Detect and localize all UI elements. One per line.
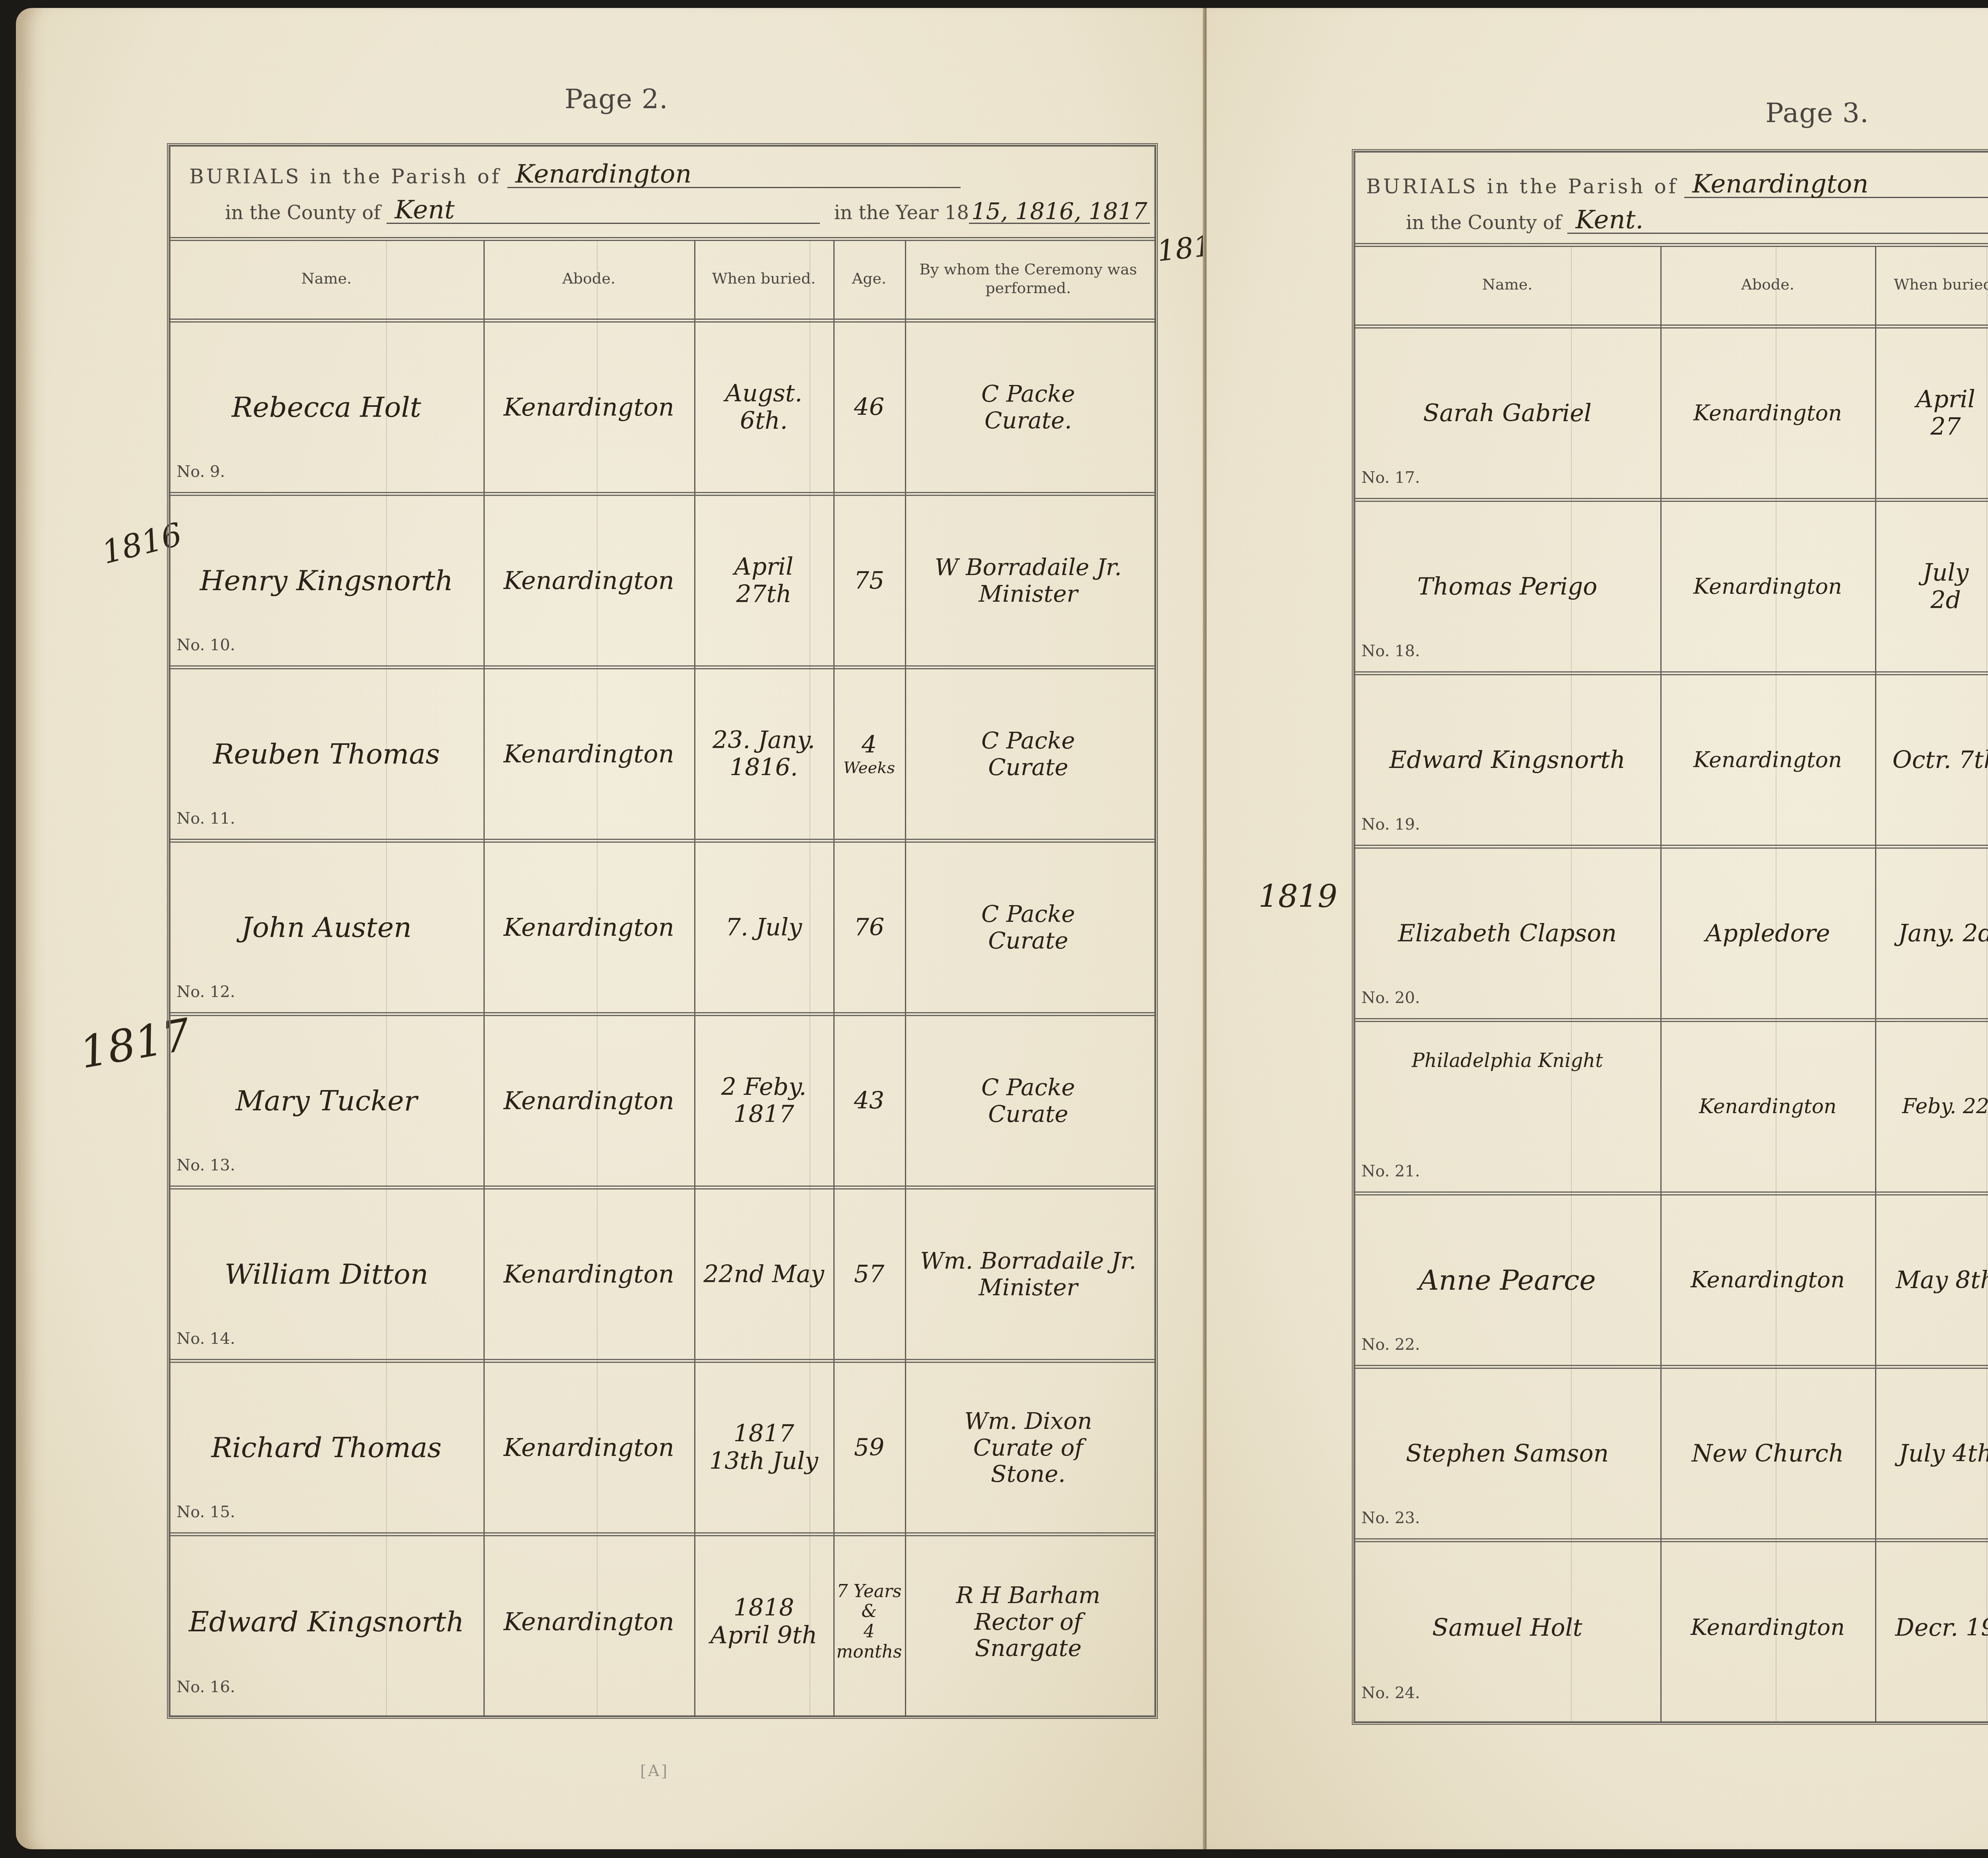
burial-register-table: BURIALS in the Parish of Kenardington in…: [1352, 149, 1988, 1725]
register-entry: Richard Thomas Kenardington 181713th Jul…: [169, 1363, 1155, 1536]
year-field: 15, 1816, 1817: [969, 200, 1150, 224]
page-number: Page 3.: [1765, 97, 1869, 129]
entry-number: No. 12.: [177, 983, 235, 1001]
entry-date: April 9th: [711, 1622, 817, 1649]
entry-date: July 4th: [1899, 1440, 1988, 1467]
margin-year-note: 1819: [1258, 879, 1338, 915]
entry-officiant: W Borradaile Jr.: [935, 554, 1122, 581]
entry-date: Feby. 22: [1902, 1095, 1988, 1119]
left-page: Page 2. 1816 1817 BURIALS in the Parish …: [16, 8, 1205, 1849]
entry-date: April: [734, 553, 794, 581]
entry-officiant-title: Curate: [988, 927, 1068, 954]
entry-abode: Kenardington: [1660, 1542, 1875, 1713]
county-field: Kent.: [1567, 207, 1988, 234]
entry-abode: New Church: [1660, 1369, 1875, 1538]
entry-age: 4 months: [833, 1622, 905, 1662]
entry-date: Augst.: [725, 380, 802, 407]
entry-abode: Kenardington: [483, 1016, 694, 1186]
entry-officiant-parish: Snargate: [975, 1635, 1082, 1662]
header-rule: [169, 319, 1155, 323]
signature-mark: [A]: [640, 1762, 669, 1780]
entry-number: No. 14.: [177, 1329, 235, 1348]
entry-age: 75: [854, 567, 884, 595]
register-header: BURIALS in the Parish of Kenardington in…: [1354, 152, 1988, 247]
entry-officiant-title: Curate: [988, 754, 1068, 781]
entry-date: July: [1923, 559, 1969, 587]
entry-number: No. 15.: [177, 1503, 235, 1521]
entry-abode: Kenardington: [1660, 675, 1875, 845]
register-entry: Edward Kingsnorth Kenardington Octr. 7th…: [1354, 675, 1988, 849]
register-entry: Rebecca Holt Kenardington Augst.6th. 46 …: [169, 323, 1155, 496]
entry-age: 76: [854, 914, 884, 941]
entry-number: No. 17.: [1361, 468, 1420, 487]
entries: Rebecca Holt Kenardington Augst.6th. 46 …: [169, 323, 1155, 1716]
entry-age: 46: [854, 394, 884, 421]
entry-number: No. 11.: [177, 809, 235, 828]
register-entry: Samuel Holt Kenardington Decr. 19 17mont…: [1354, 1542, 1988, 1713]
column-header-abode: Abode.: [483, 241, 694, 317]
entry-number: No. 21.: [1361, 1162, 1420, 1180]
entry-date: 27: [1930, 413, 1961, 441]
burial-register-table: BURIALS in the Parish of Kenardington in…: [167, 143, 1158, 1719]
entries: Sarah Gabriel Kenardington April27 60 R …: [1354, 328, 1988, 1722]
column-header-age: Age.: [833, 241, 905, 317]
header-label: BURIALS in the Parish of: [1366, 175, 1678, 198]
register-entry: Henry Kingsnorth Kenardington April27th …: [169, 496, 1155, 669]
register-entry: Elizabeth Clapson Appledore Jany. 2d 75 …: [1354, 849, 1988, 1022]
county-field: Kent: [386, 197, 820, 224]
register-entry: Anne Pearce Kenardington May 8th 86 R H …: [1354, 1195, 1988, 1369]
entry-abode: Kenardington: [483, 496, 694, 665]
entry-age: 59: [854, 1434, 884, 1462]
entry-officiant: C Packe: [981, 1074, 1075, 1101]
entry-date: April: [1916, 386, 1975, 413]
entry-abode: Kenardington: [483, 843, 694, 1012]
entry-date: Octr. 7th: [1892, 746, 1988, 774]
right-page: Page 3. 1819 1819 BURIALS in the Parish …: [1207, 8, 1988, 1849]
entry-officiant-title: Rector of: [974, 1609, 1082, 1635]
entry-number: No. 19.: [1361, 815, 1420, 834]
entry-abode: Kenardington: [483, 323, 694, 492]
entry-officiant-title: Minister: [979, 581, 1078, 607]
entry-date: Jany. 2d: [1898, 920, 1988, 947]
entry-age: 7 Years: [837, 1582, 901, 1602]
open-register-book: Page 2. 1816 1817 BURIALS in the Parish …: [16, 8, 1988, 1849]
entry-year: 1817: [734, 1420, 794, 1448]
entry-officiant: R H Barham: [956, 1582, 1101, 1609]
header-label: BURIALS in the Parish of: [189, 165, 501, 188]
entry-date: 7. July: [726, 914, 802, 941]
entry-officiant-title: Curate: [988, 1101, 1068, 1127]
entry-number: No. 16.: [177, 1678, 235, 1696]
entry-date: 23. Jany.: [712, 727, 815, 754]
entry-date: 2d: [1930, 587, 1961, 614]
entry-age: 57: [854, 1261, 884, 1288]
entry-officiant: C Packe: [981, 727, 1075, 754]
register-entry: Stephen Samson New Church July 4th 2Days…: [1354, 1369, 1988, 1542]
entry-year: 1818: [734, 1594, 794, 1622]
entry-number: No. 9.: [177, 463, 225, 481]
column-header-name: Name.: [169, 241, 483, 317]
entry-number: No. 20.: [1361, 989, 1420, 1007]
entry-date: Decr. 19: [1895, 1614, 1988, 1642]
parish-field: Kenardington: [1684, 171, 1988, 198]
entry-officiant-title: Minister: [979, 1274, 1078, 1301]
register-entry: Mary Tucker Kenardington 2 Feby.1817 43 …: [169, 1016, 1155, 1189]
entry-officiant-title: Curate.: [984, 407, 1072, 434]
register-entry: Sarah Gabriel Kenardington April27 60 R …: [1354, 328, 1988, 502]
header-label: in the County of: [225, 202, 381, 224]
entry-age: 4: [862, 731, 877, 759]
entry-age: &: [861, 1601, 877, 1622]
register-entry: Thomas Perigo Kenardington July2d 6 R H …: [1354, 502, 1988, 675]
entry-date: 22nd May: [703, 1261, 824, 1288]
entry-officiant: Wm. Dixon: [964, 1408, 1092, 1434]
column-header-when-buried: When buried.: [1875, 247, 1988, 323]
register-entry: William Ditton Kenardington 22nd May 57 …: [169, 1189, 1155, 1363]
entry-abode: Kenardington: [1660, 1022, 1875, 1191]
register-entry: Edward Kingsnorth Kenardington 1818April…: [169, 1536, 1155, 1707]
header-rule: [1354, 325, 1988, 328]
header-label: in the County of: [1406, 212, 1561, 234]
entry-date: May 8th: [1896, 1267, 1988, 1294]
entry-date: 27th: [736, 581, 791, 608]
entry-abode: Kenardington: [483, 1189, 694, 1359]
entry-abode: Kenardington: [1660, 328, 1875, 498]
register-header: BURIALS in the Parish of Kenardington in…: [169, 146, 1155, 241]
entry-date: 13th July: [709, 1448, 818, 1475]
entry-date: 1817: [734, 1101, 794, 1128]
register-entry: John Austen Kenardington 7. July 76 C Pa…: [169, 843, 1155, 1016]
entry-abode: Kenardington: [1660, 502, 1875, 671]
entry-abode: Appledore: [1660, 849, 1875, 1018]
entry-number: No. 10.: [177, 636, 235, 654]
entry-age: 43: [854, 1087, 884, 1115]
entry-number: No. 13.: [177, 1156, 235, 1174]
page-number: Page 2.: [565, 84, 668, 115]
entry-age-unit: Weeks: [843, 759, 895, 777]
entry-officiant: C Packe: [981, 901, 1075, 927]
entry-officiant: C Packe: [981, 381, 1075, 407]
register-entry: Philadelphia Knight Kenardington Feby. 2…: [1354, 1022, 1988, 1195]
column-header-abode: Abode.: [1660, 247, 1875, 323]
register-entry: Reuben Thomas Kenardington 23. Jany.1816…: [169, 669, 1155, 843]
column-header-name: Name.: [1354, 247, 1660, 323]
parish-field: Kenardington: [507, 161, 961, 188]
entry-date: 6th.: [740, 407, 788, 435]
entry-number: No. 18.: [1361, 642, 1420, 660]
entry-abode: Kenardington: [483, 669, 694, 839]
entry-officiant-parish: Stone.: [991, 1461, 1066, 1487]
entry-abode: Kenardington: [1660, 1195, 1875, 1365]
entry-date: 1816.: [730, 754, 798, 781]
entry-date: 2 Feby.: [721, 1073, 807, 1101]
column-header-officiant: By whom the Ceremony was performed.: [905, 241, 1151, 317]
column-header-when-buried: When buried.: [694, 241, 833, 317]
entry-abode: Kenardington: [483, 1536, 694, 1707]
header-label: in the Year 18: [834, 202, 969, 224]
entry-officiant: Wm. Borradaile Jr.: [920, 1248, 1136, 1274]
entry-number: No. 22.: [1361, 1335, 1420, 1354]
entry-number: No. 23.: [1361, 1509, 1420, 1527]
entry-officiant-title: Curate of: [973, 1434, 1083, 1461]
entry-number: No. 24.: [1361, 1684, 1420, 1702]
entry-abode: Kenardington: [483, 1363, 694, 1532]
